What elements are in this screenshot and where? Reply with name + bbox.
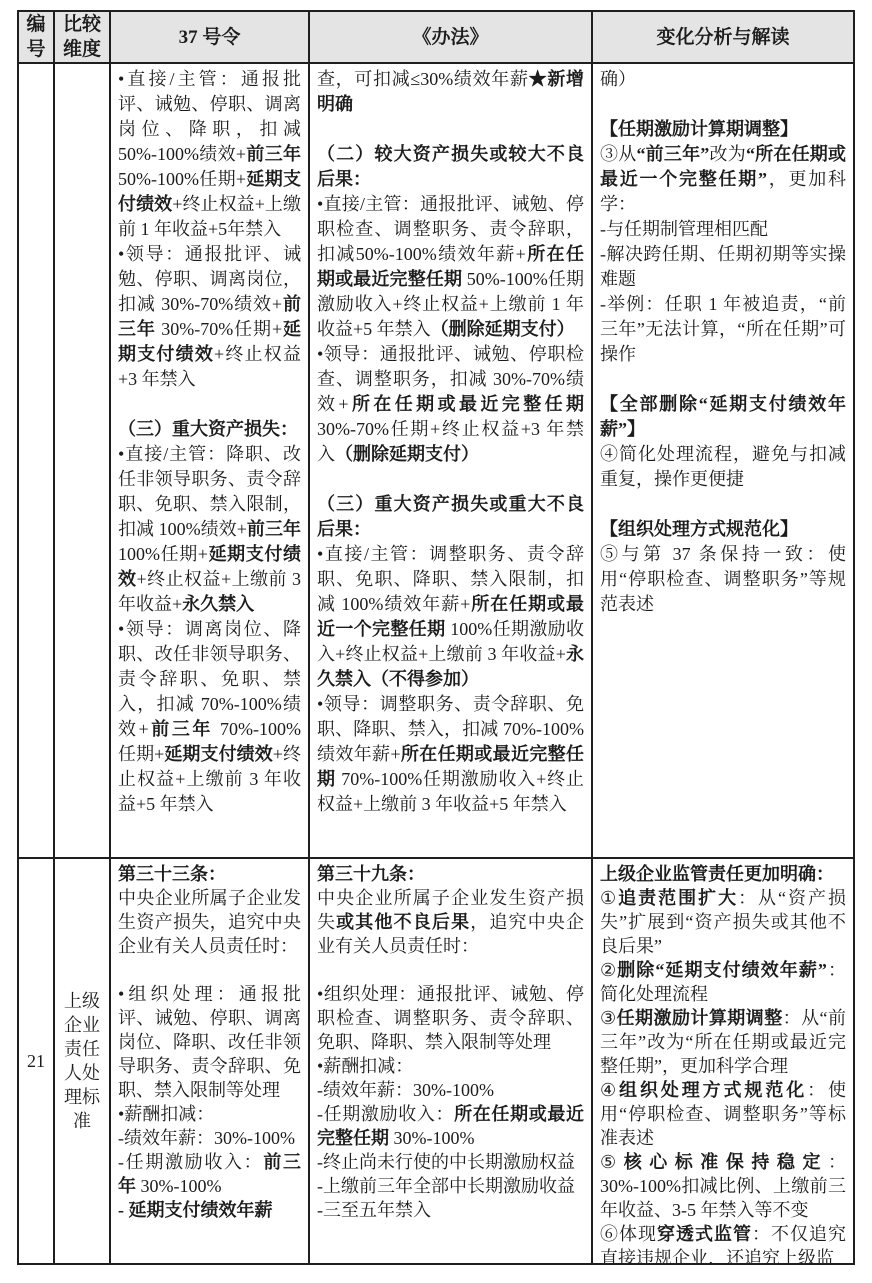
paragraph: ①追责范围扩大：从“资产损失”扩展到“资产损失或其他不良后果” [600, 886, 846, 958]
paragraph: 中央企业所属子企业发生资产损失，追究中央企业有关人员责任时： [118, 886, 301, 958]
header-cell-order37: 37 号令 [111, 12, 310, 62]
paragraph: •领导：调整职务、责令辞职、免职、降职、禁入，扣减 70%-100%绩效年薪+所… [317, 692, 584, 817]
paragraph: - 延期支付绩效年薪 [118, 1198, 301, 1222]
paragraph [317, 117, 584, 142]
document-page: 编号 比较维度 37 号令 《办法》 变化分析与解读 •直接/主管：通报批评、诫… [0, 0, 872, 1283]
paragraph: 查，可扣减≤30%绩效年薪★新增明确 [317, 67, 584, 117]
paragraph: -与任期制管理相匹配 [600, 217, 846, 242]
row-21-order37-cell: 第三十三条：中央企业所属子企业发生资产损失，追究中央企业有关人员责任时：•组织处… [111, 859, 310, 1263]
paragraph: •直接/主管：通报批评、诫勉、停职检查、调整职务、责令辞职，扣减50%-100%… [317, 192, 584, 342]
paragraph: -绩效年薪：30%-100% [118, 1126, 301, 1150]
row-continuation-dimension-cell [55, 64, 111, 857]
paragraph: •直接/主管：降职、改任非领导职务、责令辞职、免职、禁入限制，扣减 100%绩效… [118, 442, 301, 617]
paragraph [600, 92, 846, 117]
paragraph: •领导：调离岗位、降职、改任非领导职务、责令辞职、免职、禁入，扣减 70%-10… [118, 617, 301, 817]
header-cell-number: 编号 [19, 12, 55, 62]
paragraph: -三至五年禁入 [317, 1198, 584, 1222]
paragraph: ④简化处理流程，避免与扣减重复，操作更便捷 [600, 442, 846, 492]
paragraph: •领导：通报批评、诫勉、停职、调离岗位，扣减 30%-70%绩效+前三年 30%… [118, 242, 301, 392]
paragraph: -任期激励收入：所在任期或最近完整任期 30%-100% [317, 1102, 584, 1150]
paragraph: 第三十三条： [118, 862, 301, 886]
paragraph: •直接/主管：调整职务、责令辞职、免职、降职、禁入限制，扣减 100%绩效年薪+… [317, 542, 584, 692]
paragraph: 确） [600, 67, 846, 92]
paragraph: ⑤与第 37 条保持一致：使用“停职检查、调整职务”等规范表述 [600, 542, 846, 617]
paragraph [317, 467, 584, 492]
table-row-continuation: •直接/主管：通报批评、诫勉、停职、调离岗位、降职，扣减50%-100%绩效+前… [19, 64, 853, 859]
table-header-row: 编号 比较维度 37 号令 《办法》 变化分析与解读 [19, 12, 853, 64]
row-21-dimension-cell: 上级企业责任人处理标准 [55, 859, 111, 1263]
header-cell-dimension: 比较维度 [55, 12, 111, 62]
paragraph: -上缴前三年全部中长期激励收益 [317, 1174, 584, 1198]
paragraph [600, 367, 846, 392]
row-21-number-cell: 21 [19, 859, 55, 1263]
paragraph: -任期激励收入：前三年 30%-100% [118, 1150, 301, 1198]
paragraph: -举例：任职 1 年被追责，“前三年”无法计算，“所在任期”可操作 [600, 292, 846, 367]
paragraph: -绩效年薪：30%-100% [317, 1078, 584, 1102]
paragraph: •组织处理：通报批评、诫勉、停职、调离岗位、降职、改任非领导职务、责令辞职、免职… [118, 982, 301, 1102]
paragraph: -解决跨任期、任期初期等实操难题 [600, 242, 846, 292]
paragraph: 第三十九条： [317, 862, 584, 886]
paragraph: ③任期激励计算期调整：从“前三年”改为“所在任期或最近完整任期”，更加科学合理 [600, 1006, 846, 1078]
paragraph: 中央企业所属子企业发生资产损失或其他不良后果，追究中央企业有关人员责任时： [317, 886, 584, 958]
row-21-analysis-cell: 上级企业监管责任更加明确：①追责范围扩大：从“资产损失”扩展到“资产损失或其他不… [593, 859, 853, 1263]
paragraph: ③从“前三年”改为“所在任期或最近一个完整任期”，更加科学： [600, 142, 846, 217]
paragraph: •薪酬扣减： [317, 1054, 584, 1078]
paragraph: ②删除“延期支付绩效年薪”：简化处理流程 [600, 958, 846, 1006]
header-cell-analysis: 变化分析与解读 [593, 12, 853, 62]
row-21-measures-cell: 第三十九条：中央企业所属子企业发生资产损失或其他不良后果，追究中央企业有关人员责… [310, 859, 593, 1263]
row-continuation-order37-cell: •直接/主管：通报批评、诫勉、停职、调离岗位、降职，扣减50%-100%绩效+前… [111, 64, 310, 857]
paragraph: 【全部删除“延期支付绩效年薪”】 [600, 392, 846, 442]
row-continuation-number-cell [19, 64, 55, 857]
paragraph: •组织处理：通报批评、诫勉、停职检查、调整职务、责令辞职、免职、降职、禁入限制等… [317, 982, 584, 1054]
paragraph: （三）重大资产损失或重大不良后果： [317, 492, 584, 542]
paragraph: •领导：通报批评、诫勉、停职检查、调整职务，扣减 30%-70%绩效+所在任期或… [317, 342, 584, 467]
paragraph: （二）较大资产损失或较大不良后果： [317, 142, 584, 192]
paragraph: （三）重大资产损失： [118, 417, 301, 442]
table-row-21: 21 上级企业责任人处理标准 第三十三条：中央企业所属子企业发生资产损失，追究中… [19, 859, 853, 1263]
row-continuation-analysis-cell: 确）【任期激励计算期调整】③从“前三年”改为“所在任期或最近一个完整任期”，更加… [593, 64, 853, 857]
header-cell-measures: 《办法》 [310, 12, 593, 62]
paragraph [600, 492, 846, 517]
paragraph: 上级企业监管责任更加明确： [600, 862, 846, 886]
paragraph: ④组织处理方式规范化：使用“停职检查、调整职务”等标准表述 [600, 1078, 846, 1150]
paragraph [118, 392, 301, 417]
paragraph: 【组织处理方式规范化】 [600, 517, 846, 542]
comparison-table: 编号 比较维度 37 号令 《办法》 变化分析与解读 •直接/主管：通报批评、诫… [17, 10, 855, 1265]
paragraph: •薪酬扣减： [118, 1102, 301, 1126]
paragraph: ⑤核心标准保持稳定：30%-100%扣减比例、上缴前三年收益、3-5 年禁入等不… [600, 1150, 846, 1222]
paragraph: 【任期激励计算期调整】 [600, 117, 846, 142]
paragraph: -终止尚未行使的中长期激励权益 [317, 1150, 584, 1174]
paragraph [317, 958, 584, 982]
paragraph [118, 958, 301, 982]
paragraph: ⑥体现穿透式监管：不仅追究直接违规企业，还追究上级监 [600, 1222, 846, 1263]
paragraph: •直接/主管：通报批评、诫勉、停职、调离岗位、降职，扣减50%-100%绩效+前… [118, 67, 301, 242]
row-continuation-measures-cell: 查，可扣减≤30%绩效年薪★新增明确（二）较大资产损失或较大不良后果：•直接/主… [310, 64, 593, 857]
